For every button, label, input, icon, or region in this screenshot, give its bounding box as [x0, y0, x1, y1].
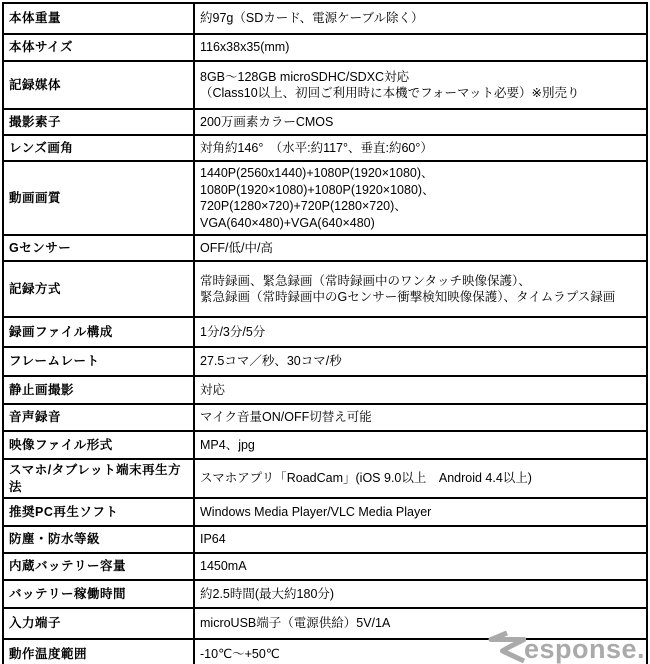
- spec-value: 27.5コマ／秒、30コマ/秒: [194, 347, 647, 376]
- spec-value: MP4、jpg: [194, 431, 647, 459]
- table-row: フレームレート 27.5コマ／秒、30コマ/秒: [3, 347, 647, 376]
- spec-value: マイク音量ON/OFF切替え可能: [194, 404, 647, 431]
- spec-value: IP64: [194, 526, 647, 553]
- spec-label: 推奨PC再生ソフト: [3, 498, 194, 526]
- table-row: 防塵・防水等級 IP64: [3, 526, 647, 553]
- table-row: 入力端子 microUSB端子（電源供給）5V/1A: [3, 608, 647, 639]
- spec-value: 対応: [194, 376, 647, 404]
- table-row: 推奨PC再生ソフト Windows Media Player/VLC Media…: [3, 498, 647, 526]
- spec-label: 記録方式: [3, 261, 194, 317]
- spec-value: 1440P(2560x1440)+1080P(1920×1080)、 1080P…: [194, 161, 647, 235]
- spec-value: 常時録画、緊急録画（常時録画中のワンタッチ映像保護）、 緊急録画（常時録画中のG…: [194, 261, 647, 317]
- spec-value: 約2.5時間(最大約180分): [194, 580, 647, 608]
- spec-label: 動画画質: [3, 161, 194, 235]
- spec-label: 入力端子: [3, 608, 194, 639]
- spec-value: -10℃～+50℃: [194, 639, 647, 664]
- spec-label: 防塵・防水等級: [3, 526, 194, 553]
- table-row: 動画画質 1440P(2560x1440)+1080P(1920×1080)、 …: [3, 161, 647, 235]
- table-row: 録画ファイル構成 1分/3分/5分: [3, 317, 647, 347]
- table-row: 映像ファイル形式 MP4、jpg: [3, 431, 647, 459]
- spec-value: 8GB～128GB microSDHC/SDXC対応 （Class10以上、初回…: [194, 61, 647, 109]
- spec-value: 1450mA: [194, 553, 647, 580]
- table-row: 記録媒体 8GB～128GB microSDHC/SDXC対応 （Class10…: [3, 61, 647, 109]
- table-row: 撮影素子 200万画素カラーCMOS: [3, 109, 647, 135]
- spec-label: 撮影素子: [3, 109, 194, 135]
- spec-value: 116x38x35(mm): [194, 34, 647, 61]
- spec-label: バッテリー稼働時間: [3, 580, 194, 608]
- spec-label: レンズ画角: [3, 135, 194, 161]
- spec-value: 200万画素カラーCMOS: [194, 109, 647, 135]
- spec-value: スマホアプリ「RoadCam」(iOS 9.0以上 Android 4.4以上): [194, 459, 647, 498]
- spec-label: フレームレート: [3, 347, 194, 376]
- spec-value: Windows Media Player/VLC Media Player: [194, 498, 647, 526]
- spec-value: 1分/3分/5分: [194, 317, 647, 347]
- spec-label: 記録媒体: [3, 61, 194, 109]
- spec-table: 本体重量 約97g（SDカード、電源ケーブル除く） 本体サイズ 116x38x3…: [2, 2, 648, 664]
- spec-label: Gセンサー: [3, 235, 194, 261]
- spec-value: microUSB端子（電源供給）5V/1A: [194, 608, 647, 639]
- table-row: Gセンサー OFF/低/中/高: [3, 235, 647, 261]
- table-row: スマホ/タブレット端末再生方法 スマホアプリ「RoadCam」(iOS 9.0以…: [3, 459, 647, 498]
- spec-label: 静止画撮影: [3, 376, 194, 404]
- spec-label: 音声録音: [3, 404, 194, 431]
- table-row: 音声録音 マイク音量ON/OFF切替え可能: [3, 404, 647, 431]
- spec-label: 映像ファイル形式: [3, 431, 194, 459]
- spec-label: 録画ファイル構成: [3, 317, 194, 347]
- spec-label: スマホ/タブレット端末再生方法: [3, 459, 194, 498]
- table-row: 動作温度範囲 -10℃～+50℃: [3, 639, 647, 664]
- spec-value: OFF/低/中/高: [194, 235, 647, 261]
- table-row: レンズ画角 対角約146° （水平:約117°、垂直:約60°）: [3, 135, 647, 161]
- spec-sheet-page: 本体重量 約97g（SDカード、電源ケーブル除く） 本体サイズ 116x38x3…: [0, 2, 650, 664]
- spec-label: 本体重量: [3, 3, 194, 34]
- table-row: 記録方式 常時録画、緊急録画（常時録画中のワンタッチ映像保護）、 緊急録画（常時…: [3, 261, 647, 317]
- spec-value: 約97g（SDカード、電源ケーブル除く）: [194, 3, 647, 34]
- table-row: 本体重量 約97g（SDカード、電源ケーブル除く）: [3, 3, 647, 34]
- table-row: 内蔵バッテリー容量 1450mA: [3, 553, 647, 580]
- spec-label: 本体サイズ: [3, 34, 194, 61]
- spec-label: 動作温度範囲: [3, 639, 194, 664]
- spec-label: 内蔵バッテリー容量: [3, 553, 194, 580]
- table-row: 本体サイズ 116x38x35(mm): [3, 34, 647, 61]
- table-row: バッテリー稼働時間 約2.5時間(最大約180分): [3, 580, 647, 608]
- spec-value: 対角約146° （水平:約117°、垂直:約60°）: [194, 135, 647, 161]
- table-row: 静止画撮影 対応: [3, 376, 647, 404]
